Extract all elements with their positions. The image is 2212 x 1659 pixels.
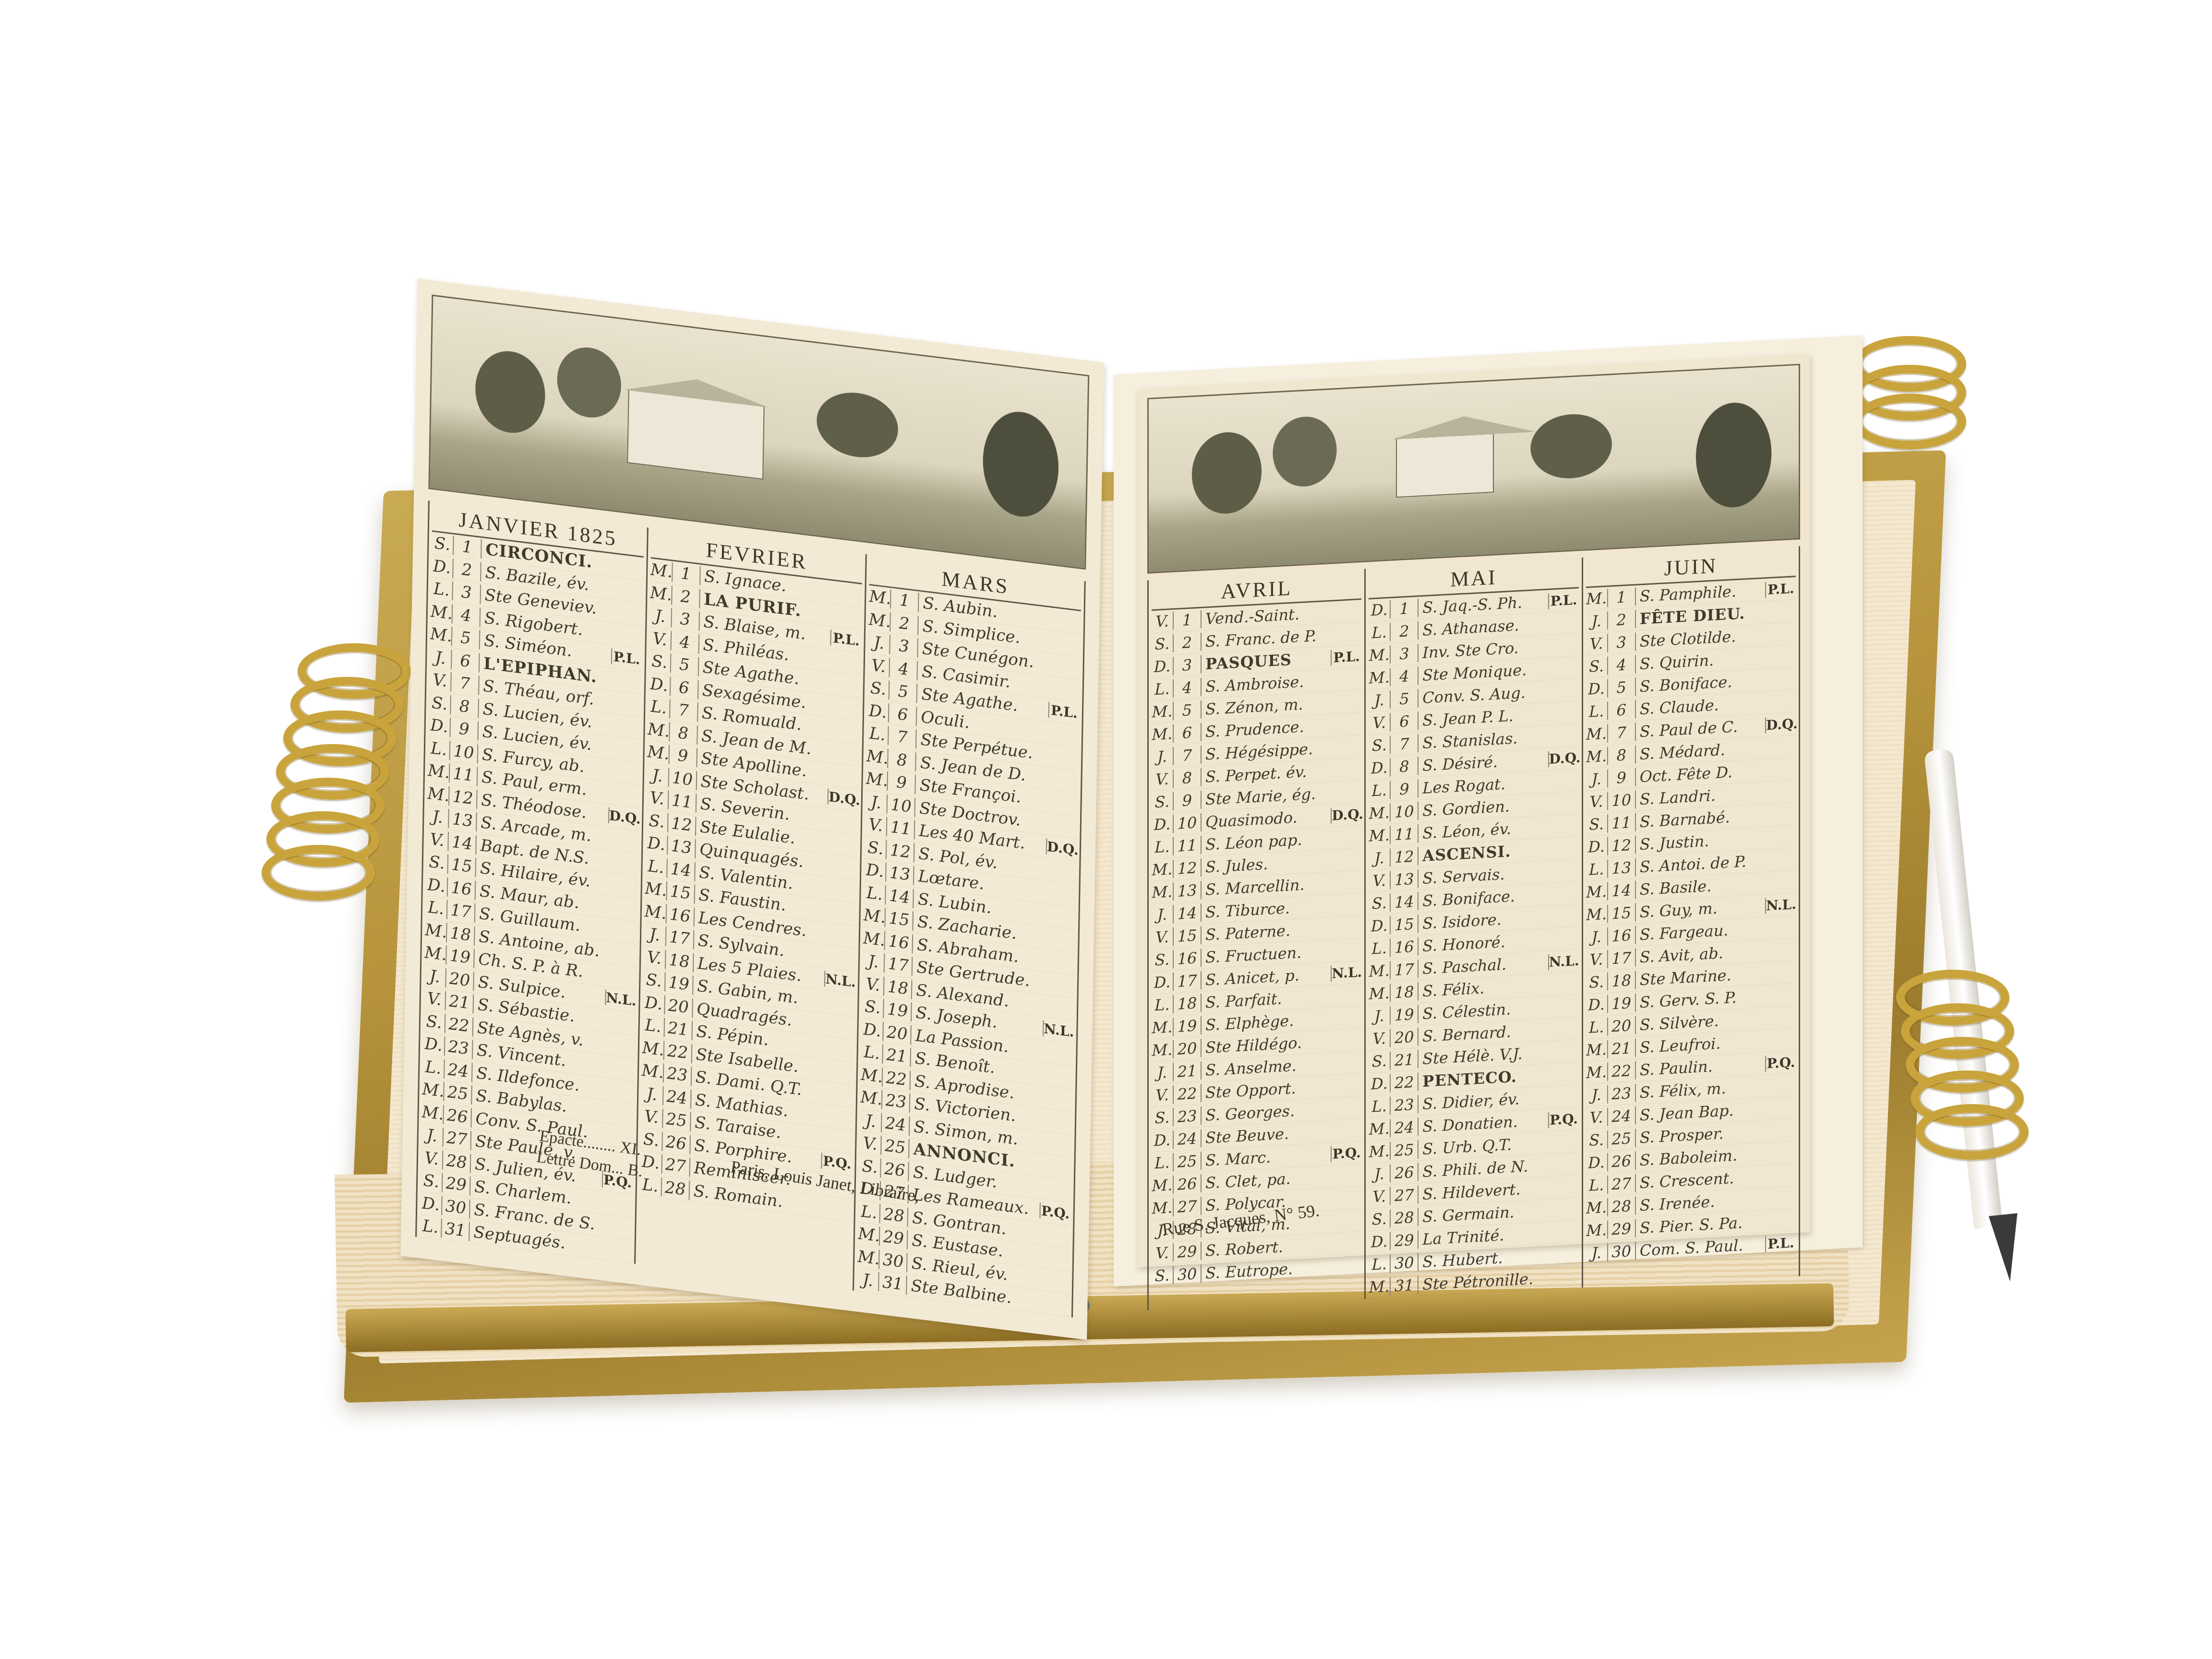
moon-phase (1044, 960, 1075, 964)
day-number: 21 (1391, 1050, 1419, 1070)
moon-phase (1331, 611, 1361, 613)
day-of-week: L. (1369, 1096, 1391, 1116)
moon-phase (1548, 1028, 1579, 1030)
day-of-week: S. (1152, 1108, 1174, 1127)
day-of-week: J. (1369, 848, 1391, 867)
day-of-week: M. (1152, 724, 1174, 744)
moon-phase (1049, 687, 1080, 691)
day-of-week: M. (866, 746, 889, 768)
day-of-week: J. (1586, 612, 1608, 631)
day-number: 2 (1174, 633, 1202, 652)
day-of-week: L. (1369, 623, 1391, 642)
day-number: 15 (1391, 914, 1419, 934)
day-number: 27 (1391, 1185, 1419, 1205)
day-number: 26 (662, 1132, 691, 1154)
day-number: 3 (1608, 633, 1636, 652)
moon-phase (1041, 1142, 1071, 1146)
day-of-week: M. (1369, 984, 1391, 1003)
day-number: 6 (1391, 711, 1419, 731)
day-of-week: V. (859, 1133, 882, 1155)
day-number: 25 (444, 1082, 472, 1105)
moon-phase (1039, 1256, 1070, 1260)
day-of-week: S. (426, 852, 448, 874)
day-number: 24 (445, 1059, 473, 1082)
moon-phase (1765, 769, 1796, 770)
moon-phase (1765, 994, 1796, 996)
day-number: 24 (1174, 1129, 1202, 1149)
day-number: 8 (451, 695, 479, 718)
day-of-week: S. (432, 533, 454, 555)
day-of-week: L. (1152, 837, 1174, 856)
day-of-week: J. (1152, 747, 1174, 766)
moon-phase (826, 888, 857, 891)
moon-phase (607, 884, 637, 888)
day-number: 5 (1391, 689, 1419, 709)
moon-phase (1331, 904, 1361, 906)
moon-phase (1042, 1074, 1073, 1078)
day-of-week: M. (1369, 668, 1391, 687)
moon-phase (1048, 733, 1079, 736)
day-number: 24 (663, 1086, 692, 1109)
day-number: 3 (1174, 655, 1202, 675)
day-of-week: M. (1586, 724, 1608, 744)
day-number: 11 (1174, 836, 1202, 855)
day-of-week: M. (425, 920, 447, 942)
day-of-week: D. (1586, 679, 1608, 698)
day-of-week: D. (864, 860, 887, 882)
pencil-tip-icon (1989, 1213, 2024, 1283)
moon-phase (823, 1047, 854, 1051)
day-number: 9 (1391, 779, 1419, 799)
day-number: 12 (1174, 858, 1202, 878)
day-of-week: M. (1369, 1277, 1391, 1296)
day-of-week: M. (421, 1102, 444, 1124)
day-of-week: D. (862, 1019, 884, 1041)
moon-phase: P.Q. (1331, 1144, 1361, 1162)
moon-phase: D.Q. (828, 789, 859, 808)
moon-phase (601, 1248, 631, 1251)
day-number: 6 (452, 650, 480, 673)
day-number: 20 (446, 968, 474, 991)
ring-icon (1853, 394, 1966, 449)
day-of-week: D. (1369, 916, 1391, 935)
day-number: 31 (442, 1219, 470, 1241)
day-of-week: M. (1586, 1198, 1608, 1217)
day-of-week: S. (1152, 634, 1174, 653)
day-number: 4 (671, 631, 699, 654)
day-number: 26 (1608, 1152, 1636, 1171)
day-of-week: J. (1152, 905, 1174, 924)
day-of-week: M. (422, 1080, 445, 1102)
day-number: 15 (1174, 926, 1202, 946)
day-of-week: D. (420, 1193, 443, 1215)
moon-phase (1039, 1233, 1070, 1237)
ring-icon (1915, 1104, 2029, 1160)
day-of-week: M. (1152, 860, 1174, 879)
day-number: 19 (884, 999, 912, 1022)
moon-phase (1331, 1017, 1361, 1019)
day-number: 17 (1174, 971, 1202, 991)
day-of-week: V. (1369, 1187, 1391, 1206)
moon-phase (1331, 859, 1361, 861)
day-of-week: J. (644, 924, 666, 946)
day-number: 6 (671, 676, 699, 699)
day-number: 6 (1174, 723, 1202, 743)
day-number: 23 (882, 1090, 911, 1113)
moon-phase (1765, 1220, 1796, 1221)
moon-phase (829, 751, 859, 755)
day-number: 24 (1391, 1118, 1419, 1137)
day-of-week: J. (1586, 1085, 1608, 1105)
day-number: 17 (447, 900, 476, 923)
day-number: 11 (1608, 813, 1636, 833)
day-of-week: M. (642, 1038, 664, 1060)
moon-phase (1331, 995, 1361, 996)
day-number: 10 (1608, 791, 1636, 810)
moon-phase: N.L. (605, 989, 636, 1009)
day-number: 25 (1174, 1152, 1202, 1171)
moon-phase (1765, 1084, 1796, 1086)
day-number: 9 (669, 745, 697, 768)
day-number: 30 (879, 1250, 908, 1272)
day-number: 14 (1391, 892, 1419, 912)
day-of-week: V. (1152, 612, 1174, 631)
day-of-week: M. (1586, 1221, 1608, 1240)
moon-phase (1331, 927, 1361, 928)
moon-phase: P.L. (1765, 580, 1796, 598)
moon-phase (604, 1020, 635, 1024)
moon-phase (1765, 881, 1796, 883)
moon-phase (1548, 1254, 1579, 1255)
day-of-week: M. (1586, 1040, 1608, 1059)
day-of-week: V. (868, 655, 890, 677)
day-number: 16 (1391, 937, 1419, 957)
day-number: 3 (672, 608, 700, 631)
moon-phase (1331, 1130, 1361, 1131)
moon-phase (1548, 1051, 1579, 1052)
day-of-week: M. (857, 1247, 880, 1269)
day-number: 9 (888, 772, 916, 794)
day-number: 8 (1391, 757, 1419, 776)
moon-phase (1765, 656, 1796, 657)
day-of-week: M. (650, 583, 673, 605)
day-number: 18 (884, 976, 913, 999)
day-of-week: S. (1586, 1130, 1608, 1150)
moon-phase (1548, 1231, 1579, 1233)
day-number: 30 (1608, 1242, 1636, 1262)
moon-phase (822, 1093, 853, 1096)
day-number: 28 (1608, 1197, 1636, 1216)
day-number: 10 (450, 741, 479, 763)
day-number: 12 (1608, 836, 1636, 855)
day-of-week: D. (1586, 837, 1608, 856)
moon-phase (1047, 755, 1078, 759)
day-number: 28 (661, 1177, 690, 1200)
day-number: 14 (1608, 881, 1636, 901)
moon-phase (609, 793, 639, 796)
ring-icon (262, 845, 375, 901)
moon-phase (1331, 792, 1361, 793)
moon-phase (607, 861, 638, 865)
day-number: 15 (886, 908, 914, 931)
moon-phase (1042, 1096, 1072, 1100)
moon-phase (1331, 1243, 1361, 1244)
day-rows: V.1Vend.-Saint.S.2S. Franc. de P.D.3PASQ… (1152, 600, 1361, 1288)
moon-phase (825, 956, 855, 960)
day-of-week: J. (421, 1125, 444, 1147)
moon-phase (1548, 1073, 1579, 1075)
moon-phase (830, 660, 861, 664)
day-of-week: M. (1369, 1119, 1391, 1138)
moon-phase (1548, 893, 1579, 894)
moon-phase (1765, 814, 1796, 815)
day-number: 24 (882, 1113, 910, 1136)
moon-phase (604, 1066, 635, 1070)
moon-phase (1331, 724, 1361, 725)
day-number: 21 (446, 991, 474, 1014)
day-number: 14 (886, 886, 914, 908)
day-of-week: M. (431, 601, 453, 624)
moon-phase (829, 683, 860, 687)
day-rows: M.1S. Aubin.M.2S. Simplice.J.3Ste Cunégo… (857, 585, 1081, 1317)
moon-phase (603, 1111, 634, 1115)
day-number: 29 (1174, 1242, 1202, 1262)
day-of-week: L. (648, 697, 671, 719)
moon-phase (1548, 1186, 1579, 1188)
day-number: 8 (670, 722, 698, 745)
moon-phase (1043, 1006, 1074, 1010)
day-of-week: D. (431, 556, 454, 578)
moon-phase (1765, 1175, 1796, 1176)
day-of-week: D. (426, 875, 448, 897)
day-number: 16 (1174, 949, 1202, 968)
day-number: 30 (442, 1196, 470, 1218)
day-number: 6 (1608, 700, 1636, 720)
day-number: 10 (669, 768, 697, 790)
day-number: 28 (443, 1151, 471, 1173)
day-of-week: M. (869, 587, 891, 609)
moon-phase (1049, 641, 1080, 645)
day-of-week: J. (860, 1110, 882, 1132)
day-of-week: L. (866, 723, 889, 745)
day-of-week: J. (647, 765, 669, 787)
day-of-week: D. (649, 674, 671, 696)
day-number: 2 (672, 586, 700, 608)
day-number: 25 (663, 1109, 691, 1131)
day-of-week: V. (1369, 871, 1391, 890)
day-number: 22 (445, 1014, 474, 1036)
day-number: 5 (1608, 678, 1636, 697)
moon-phase (1765, 836, 1796, 838)
moon-phase (831, 592, 862, 596)
day-number: 26 (1391, 1163, 1419, 1182)
moon-phase (1765, 746, 1796, 747)
day-number: 22 (1391, 1072, 1419, 1092)
moon-phase (829, 706, 860, 709)
moon-phase (1765, 701, 1796, 702)
moon-phase (609, 770, 640, 774)
day-of-week: M. (1152, 702, 1174, 721)
day-of-week: V. (649, 628, 672, 650)
day-number: 13 (1608, 858, 1636, 878)
day-of-week: L. (861, 1042, 884, 1064)
day-of-week: L. (858, 1202, 881, 1224)
day-of-week: M. (1586, 905, 1608, 924)
day-number: 1 (1608, 588, 1636, 607)
moon-phase (1331, 837, 1361, 838)
day-number: 7 (1174, 745, 1202, 765)
day-of-week: V. (1369, 1029, 1391, 1048)
moon-phase (1331, 1085, 1361, 1086)
day-of-week: D. (428, 715, 451, 737)
day-number: 20 (1391, 1027, 1419, 1047)
day-number: 17 (1608, 949, 1636, 968)
day-of-week: S. (421, 1170, 443, 1192)
day-number: 22 (664, 1041, 692, 1063)
moon-phase (1548, 645, 1579, 646)
day-number: 16 (448, 878, 476, 900)
moon-phase (823, 1070, 854, 1073)
day-number: 9 (1608, 768, 1636, 788)
moon-phase (1047, 778, 1078, 782)
day-number: 13 (1391, 869, 1419, 889)
day-of-week: L. (864, 883, 887, 905)
moon-phase (1331, 882, 1361, 883)
calendar-grid-q2: AVRIL V.1Vend.-Saint.S.2S. Franc. de P.D… (1147, 546, 1800, 1310)
day-of-week: M. (1586, 747, 1608, 766)
day-number: 1 (1174, 610, 1202, 630)
day-number: 7 (451, 673, 480, 695)
day-of-week: M. (1152, 1176, 1174, 1195)
day-of-week: V. (421, 1148, 444, 1170)
day-number: 21 (883, 1045, 912, 1067)
day-of-week: M. (641, 1061, 664, 1083)
day-number: 25 (881, 1136, 910, 1158)
day-of-week: M. (1369, 1142, 1391, 1161)
moon-phase (1331, 950, 1361, 951)
day-of-week: S. (1586, 657, 1608, 676)
moon-phase (1046, 823, 1077, 827)
day-number: 19 (1608, 994, 1636, 1013)
day-of-week: L. (1586, 702, 1608, 721)
day-number: 7 (1608, 723, 1636, 743)
moon-phase (827, 865, 857, 869)
moon-phase (1548, 1096, 1579, 1097)
day-number: 2 (1391, 621, 1419, 641)
day-of-week: J. (430, 647, 452, 669)
day-number: 19 (446, 946, 475, 968)
day-of-week: M. (861, 1065, 883, 1087)
moon-phase (1548, 915, 1579, 917)
day-number: 26 (444, 1105, 472, 1128)
moon-phase: P.L. (830, 629, 862, 649)
day-number: 29 (1608, 1219, 1636, 1239)
moon-phase (1050, 619, 1081, 623)
day-number: 8 (1608, 745, 1636, 765)
day-of-week: S. (646, 810, 669, 832)
day-number: 4 (453, 604, 481, 627)
day-of-week: M. (1369, 826, 1391, 845)
day-of-week: L. (1586, 1018, 1608, 1037)
day-of-week: S. (862, 997, 884, 1019)
day-number: 28 (880, 1204, 909, 1226)
month-mars: MARS M.1S. Aubin.M.2S. Simplice.J.3Ste C… (854, 554, 1085, 1317)
day-of-week: J. (1586, 769, 1608, 789)
moon-phase (613, 565, 643, 569)
day-of-week: D. (1152, 657, 1174, 676)
day-number: 24 (1608, 1106, 1636, 1126)
day-of-week: M. (1586, 589, 1608, 608)
moon-phase (601, 1225, 632, 1229)
day-number: 16 (1608, 926, 1636, 946)
day-number: 21 (1608, 1039, 1636, 1058)
day-number: 20 (1608, 1016, 1636, 1036)
moon-phase (1046, 869, 1076, 873)
engraving-villa-park (1147, 364, 1800, 574)
day-of-week: M. (430, 625, 453, 647)
day-number: 29 (880, 1227, 908, 1250)
moon-phase (1765, 1039, 1796, 1041)
moon-phase (1331, 634, 1361, 635)
day-of-week: S. (859, 1156, 882, 1178)
day-of-week: J. (868, 632, 891, 654)
day-number: 5 (1174, 700, 1202, 720)
day-of-week: D. (643, 993, 665, 1015)
moon-phase (1331, 679, 1361, 680)
day-of-week: J. (427, 806, 449, 829)
day-of-week: V. (1586, 792, 1608, 811)
saint-name: Com. S. Paul. (1636, 1235, 1765, 1260)
moon-phase (1548, 622, 1579, 624)
day-of-week: S. (649, 651, 671, 673)
day-number: 3 (1391, 644, 1419, 663)
day-of-week: S. (1586, 973, 1608, 992)
moon-phase (609, 747, 640, 751)
day-of-week: L. (420, 1216, 442, 1238)
day-of-week: L. (431, 579, 453, 601)
day-number: 27 (662, 1154, 690, 1177)
day-number: 1 (673, 563, 701, 585)
saint-name: S. Eutrope. (1202, 1258, 1331, 1283)
day-of-week: V. (1152, 769, 1174, 789)
day-number: 1 (1391, 599, 1419, 618)
day-of-week: D. (867, 701, 890, 723)
day-number: 9 (1174, 791, 1202, 810)
moon-phase (1765, 1152, 1796, 1154)
day-number: 7 (670, 699, 698, 722)
day-of-week: S. (643, 970, 666, 992)
day-number: 18 (666, 950, 694, 972)
moon-phase (1548, 735, 1579, 736)
day-of-week: L. (1586, 1176, 1608, 1195)
day-number: 27 (444, 1128, 472, 1150)
day-number: 23 (445, 1037, 473, 1059)
day-of-week: M. (644, 902, 667, 924)
moon-phase (1045, 892, 1076, 896)
day-of-week: L. (1369, 1254, 1391, 1274)
day-of-week: L. (1586, 860, 1608, 879)
day-number: 31 (879, 1272, 907, 1295)
day-number: 16 (885, 931, 914, 953)
day-of-week: D. (1586, 1153, 1608, 1172)
moon-phase (1331, 1175, 1361, 1177)
day-number: 17 (666, 927, 694, 950)
moon-phase (612, 611, 642, 614)
day-number: 17 (885, 954, 913, 976)
moon-phase (1548, 1276, 1579, 1278)
day-number: 13 (886, 863, 914, 885)
moon-phase (1040, 1165, 1071, 1169)
